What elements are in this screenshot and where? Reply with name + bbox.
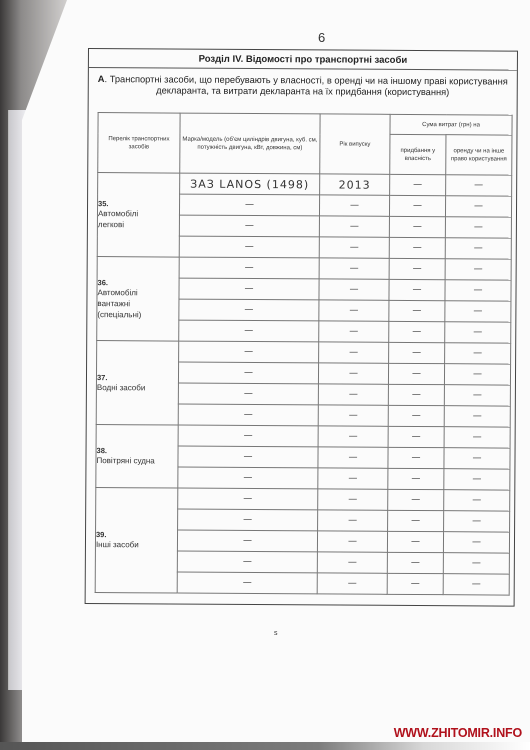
purchase-cell: — — [388, 363, 444, 384]
table-row: 36.Автомобілі вантажні (спеціальні)———— — [97, 257, 511, 281]
site-watermark: WWW.ZHITOMIR.INFO — [394, 726, 522, 740]
model-cell: — — [177, 551, 317, 573]
rent-cell: — — [444, 490, 510, 511]
purchase-cell: — — [388, 426, 444, 447]
model-cell: — — [179, 341, 319, 363]
category-label: Автомобілі легкові — [98, 208, 166, 230]
year-cell: 2013 — [320, 174, 390, 195]
purchase-cell: — — [388, 384, 444, 405]
purchase-cell: — — [389, 216, 445, 237]
year-cell: — — [318, 405, 388, 426]
purchase-cell: — — [389, 258, 445, 279]
category-cell: 39.Інші засоби — [95, 488, 178, 593]
year-cell: — — [318, 468, 388, 489]
year-cell: — — [319, 216, 389, 237]
rent-cell: — — [445, 322, 511, 343]
model-cell: — — [178, 446, 318, 468]
year-cell: — — [318, 363, 388, 384]
rent-cell: — — [445, 196, 511, 217]
purchase-cell: — — [387, 552, 443, 573]
year-cell: — — [317, 573, 387, 594]
model-cell: — — [177, 530, 317, 552]
subsection-title: А. Транспортні засоби, що перебувають у … — [89, 68, 517, 103]
purchase-cell: — — [389, 300, 445, 321]
year-cell: — — [318, 489, 388, 510]
year-cell: — — [318, 426, 388, 447]
model-cell: — — [179, 194, 319, 216]
rent-cell: — — [444, 427, 510, 448]
model-cell: — — [179, 299, 319, 321]
model-cell: — — [179, 236, 319, 258]
section-title: Розділ IV. Відомості про транспортні зас… — [89, 49, 517, 71]
model-cell: — — [178, 383, 318, 405]
category-cell: 38.Повітряні судна — [96, 425, 178, 488]
vehicles-table-body: 35.Автомобілі легковіЗАЗ LANOS (1498)201… — [95, 173, 512, 596]
purchase-cell: — — [389, 342, 445, 363]
model-cell: — — [178, 362, 318, 384]
model-cell: — — [178, 509, 318, 531]
purchase-cell: — — [388, 468, 444, 489]
model-cell: — — [179, 320, 319, 342]
header-expenses: Сума витрат (грн) на — [390, 114, 512, 135]
header-rent: оренду чи на інше право користування — [446, 135, 512, 175]
year-cell: — — [319, 321, 389, 342]
rent-cell: — — [446, 175, 512, 196]
rent-cell: — — [444, 448, 510, 469]
category-label: Автомобілі вантажні (спеціальні) — [97, 287, 165, 320]
rent-cell: — — [445, 217, 511, 238]
category-number: 36. — [98, 278, 118, 287]
category-label: Водні засоби — [97, 382, 165, 393]
table-row: 37.Водні засоби———— — [97, 341, 511, 365]
rent-cell: — — [443, 532, 509, 553]
model-cell: — — [179, 215, 319, 237]
table-row: 35.Автомобілі легковіЗАЗ LANOS (1498)201… — [98, 173, 512, 197]
page-number: 6 — [318, 30, 325, 45]
header-year: Рік випуску — [320, 114, 390, 174]
category-cell: 35.Автомобілі легкові — [97, 173, 180, 257]
year-cell: — — [318, 384, 388, 405]
model-cell: — — [178, 404, 318, 426]
year-cell: — — [317, 531, 387, 552]
rent-cell: — — [443, 574, 509, 595]
rent-cell: — — [444, 364, 510, 385]
table-row: 39.Інші засоби———— — [96, 488, 510, 512]
year-cell: — — [319, 195, 389, 216]
model-cell: — — [178, 488, 318, 510]
year-cell: — — [319, 258, 389, 279]
purchase-cell: — — [390, 174, 446, 195]
category-cell: 37.Водні засоби — [96, 341, 179, 425]
purchase-cell: — — [389, 237, 445, 258]
table-row: 38.Повітряні судна———— — [96, 425, 510, 449]
year-cell: — — [317, 552, 387, 573]
purchase-cell: — — [387, 531, 443, 552]
category-number: 39. — [96, 530, 116, 539]
rent-cell: — — [445, 301, 511, 322]
model-cell: ЗАЗ LANOS (1498) — [180, 173, 320, 195]
purchase-cell: — — [389, 279, 445, 300]
rent-cell: — — [443, 553, 509, 574]
purchase-cell: — — [388, 447, 444, 468]
category-number: 35. — [98, 199, 118, 208]
rent-cell: — — [444, 406, 510, 427]
rent-cell: — — [444, 511, 510, 532]
vehicles-table: Перелік транспортних засобів Марка/модел… — [95, 112, 513, 596]
category-label: Інші засоби — [96, 539, 164, 550]
year-cell: — — [318, 510, 388, 531]
purchase-cell: — — [389, 321, 445, 342]
section-frame: Розділ IV. Відомості про транспортні зас… — [85, 48, 518, 607]
purchase-cell: — — [388, 489, 444, 510]
year-cell: — — [319, 279, 389, 300]
footer-mark: s — [274, 630, 278, 637]
model-cell: — — [179, 257, 319, 279]
purchase-cell: — — [389, 195, 445, 216]
rent-cell: — — [444, 469, 510, 490]
category-number: 38. — [97, 446, 117, 455]
rent-cell: — — [445, 343, 511, 364]
model-cell: — — [178, 425, 318, 447]
rent-cell: — — [444, 385, 510, 406]
header-model: Марка/модель (об'єм циліндрів двигуна, к… — [180, 113, 320, 174]
subsection-text: . Транспортні засоби, що перебувають у в… — [105, 74, 508, 97]
purchase-cell: — — [387, 573, 443, 594]
category-label: Повітряні судна — [96, 455, 164, 466]
model-cell: — — [179, 278, 319, 300]
year-cell: — — [319, 300, 389, 321]
year-cell: — — [319, 237, 389, 258]
year-cell: — — [318, 447, 388, 468]
header-purchase: придбання у власність — [390, 134, 446, 174]
rent-cell: — — [445, 238, 511, 259]
category-number: 37. — [97, 373, 117, 382]
purchase-cell: — — [388, 510, 444, 531]
header-category: Перелік транспортних засобів — [98, 113, 180, 173]
purchase-cell: — — [388, 405, 444, 426]
scan-bottom-edge — [0, 742, 530, 750]
model-cell: — — [178, 467, 318, 489]
category-cell: 36.Автомобілі вантажні (спеціальні) — [97, 257, 180, 341]
year-cell: — — [319, 342, 389, 363]
model-cell: — — [177, 572, 317, 594]
rent-cell: — — [445, 259, 511, 280]
rent-cell: — — [445, 280, 511, 301]
